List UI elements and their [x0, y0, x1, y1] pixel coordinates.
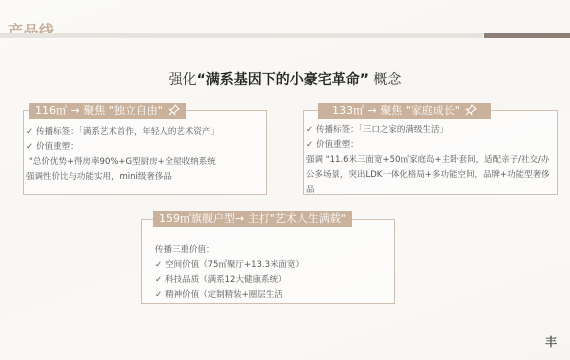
- card-116-body: ✓传播标签：「满系艺术首作，年轻人的艺术资产」 ✓价值重塑： "总价优势+得房率…: [26, 125, 264, 185]
- list-item: ✓传播标签：「三口之家的满级生活」: [306, 123, 554, 138]
- check-icon: ✓: [155, 260, 162, 270]
- list-item: 强调 "11.6米三面宽+50㎡家庭岛+主卧套间，适配亲子/社交/办公多场景，突…: [306, 153, 554, 198]
- card-159-tag: 159㎡旗舰户型→ 主打"艺术人生满载": [153, 211, 352, 227]
- list-item: 传播三重价值：: [155, 243, 390, 258]
- brand-mark-icon: 丰: [545, 333, 557, 350]
- check-icon: ✓: [26, 142, 33, 152]
- list-item: 强调性价比与功能实用，mini级奢侈品: [26, 170, 264, 185]
- card-159-body: 传播三重价值： ✓空间价值（75㎡聚厅+13.3米面宽） ✓科技品质（满系12大…: [155, 243, 390, 303]
- pin-icon: [168, 104, 180, 116]
- subtitle-emphasis: “满系基因下的小豪宅革命”: [197, 72, 369, 88]
- card-116-tag-label: 116㎡ → 聚焦 "独立自由": [35, 104, 163, 117]
- card-133-body: ✓传播标签：「三口之家的满级生活」 ✓价值重塑： 强调 "11.6米三面宽+50…: [306, 123, 554, 198]
- pin-icon: [465, 104, 477, 116]
- list-item: ✓科技品质（满系12大健康系统）: [155, 273, 390, 288]
- check-icon: ✓: [26, 127, 33, 137]
- card-133-tag-label: 133㎡ → 聚焦 "家庭成长": [332, 104, 460, 117]
- list-item: ✓价值重塑：: [306, 138, 554, 153]
- list-item: "总价优势+得房率90%+G型厨房+全屋收纳系统: [26, 155, 264, 170]
- check-icon: ✓: [155, 275, 162, 285]
- header-divider-accent: [484, 33, 570, 38]
- subtitle-prefix: 强化: [169, 72, 197, 88]
- list-item: ✓传播标签：「满系艺术首作，年轻人的艺术资产」: [26, 125, 264, 140]
- subtitle-suffix: 概念: [373, 72, 401, 88]
- header-divider-light: [0, 33, 483, 38]
- check-icon: ✓: [306, 140, 313, 150]
- check-icon: ✓: [155, 290, 162, 300]
- slide-subtitle: 强化“满系基因下的小豪宅革命” 概念: [0, 69, 570, 89]
- list-item: ✓价值重塑：: [26, 140, 264, 155]
- card-133-tag: 133㎡ → 聚焦 "家庭成长": [318, 103, 491, 119]
- card-116-tag: 116㎡ → 聚焦 "独立自由": [29, 103, 186, 119]
- list-item: ✓精神价值（定制精装+圈层生活: [155, 288, 390, 303]
- card-159-tag-label: 159㎡旗舰户型→ 主打"艺术人生满载": [159, 212, 346, 225]
- list-item: ✓空间价值（75㎡聚厅+13.3米面宽）: [155, 258, 390, 273]
- check-icon: ✓: [306, 125, 313, 135]
